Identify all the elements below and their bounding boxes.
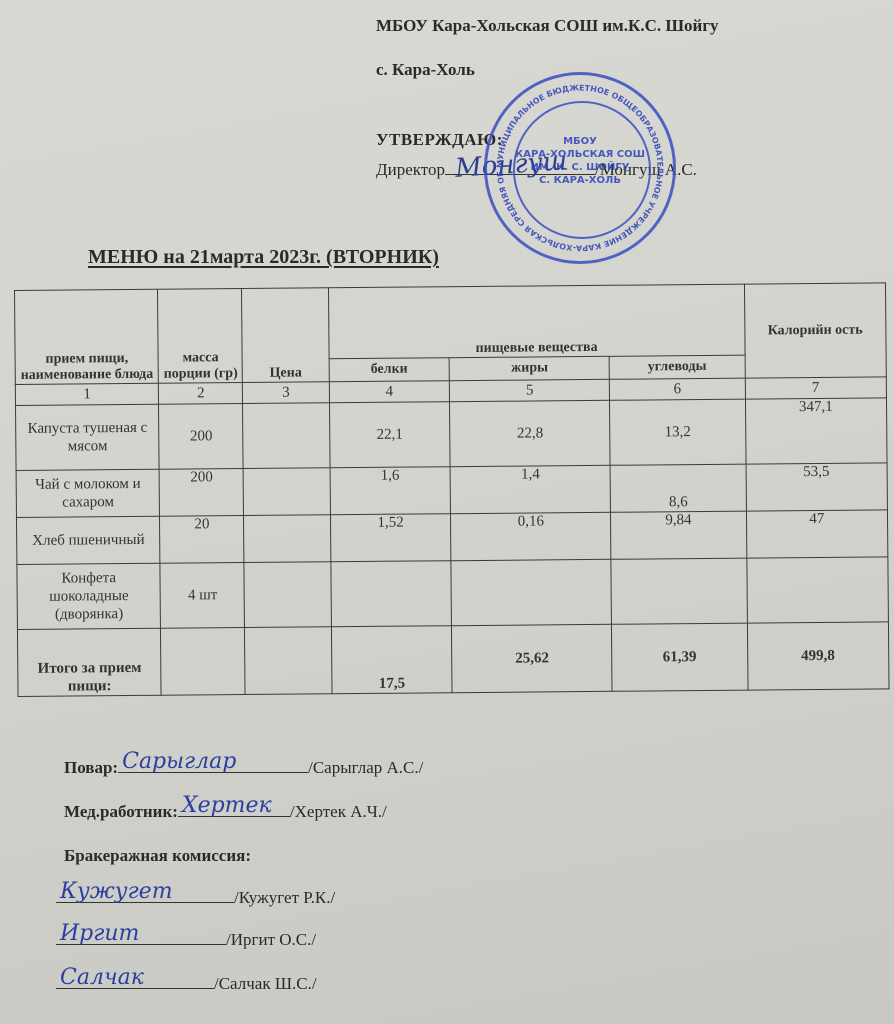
table-row: Капуста тушеная с мясом 200 22,1 22,8 13… (16, 398, 888, 471)
dish-protein: 1,6 (330, 467, 451, 515)
cook-name: /Сарыглар А.С./ (308, 758, 423, 777)
director-label: Директор (376, 160, 445, 179)
approve-heading: УТВЕРЖДАЮ: (376, 130, 503, 150)
cook-signature-row: Повар:Сарыглар/Сарыглар А.С./ (64, 756, 423, 778)
col-number: 4 (329, 381, 450, 403)
member-name: /Салчак Ш.С./ (214, 974, 317, 993)
member-name: /Кужугет Р.К./ (234, 888, 335, 907)
dish-fat (451, 559, 611, 625)
table-row: Чай с молоком и сахаром 200 1,6 1,4 8,6 … (16, 463, 887, 518)
med-signature-row: Мед.работник:Хертек/Хертек А.Ч./ (64, 800, 387, 822)
dish-carbs: 8,6 (610, 464, 746, 512)
commission-member-row: Кужугет/Кужугет Р.К./ (56, 886, 335, 908)
dish-name: Чай с молоком и сахаром (16, 469, 160, 517)
dish-calories: 47 (746, 510, 888, 558)
col-number: 3 (243, 382, 329, 404)
col-number: 1 (15, 383, 159, 405)
stamp-line-3: ИМ. К. С. ШОЙГУ (487, 161, 673, 174)
header-protein: белки (329, 358, 450, 382)
col-number: 6 (610, 378, 745, 400)
total-carbs: 61,39 (612, 623, 748, 691)
cook-label: Повар: (64, 758, 118, 777)
dish-fat: 0,16 (451, 512, 611, 560)
stamp-line-4: С. КАРА-ХОЛЬ (487, 174, 673, 187)
commission-member-row: Салчак/Салчак Ш.С./ (56, 972, 317, 994)
dish-carbs: 13,2 (610, 399, 746, 465)
member-signature: Иргит (60, 921, 139, 946)
dish-name: Хлеб пшеничный (16, 516, 160, 564)
dish-mass: 4 шт (160, 563, 245, 629)
total-calories: 499,8 (747, 622, 889, 690)
dish-price (244, 562, 331, 628)
dish-protein: 1,52 (330, 514, 451, 562)
stamp-line-1: МБОУ (487, 135, 673, 148)
stamp-center-text: МБОУ КАРА-ХОЛЬСКАЯ СОШ ИМ. К. С. ШОЙГУ С… (487, 135, 673, 187)
header-fat: жиры (450, 356, 610, 380)
member-signature-line: Кужугет (56, 886, 234, 903)
dish-calories: 347,1 (745, 398, 887, 464)
header-dish: прием пищи, наименование блюда (15, 289, 159, 384)
dish-fat: 1,4 (450, 465, 610, 513)
table-row: Хлеб пшеничный 20 1,52 0,16 9,84 47 (16, 510, 887, 565)
dish-protein: 22,1 (329, 402, 450, 468)
school-name: МБОУ Кара-Хольская СОШ им.К.С. Шойгу (376, 16, 719, 36)
med-label: Мед.работник: (64, 802, 178, 821)
dish-mass: 20 (160, 516, 244, 564)
commission-member-row: Иргит/Иргит О.С./ (56, 928, 316, 950)
commission-label: Бракеражная комиссия: (64, 846, 251, 866)
dish-name: Конфета шоколадные (дворянка) (17, 563, 161, 629)
total-price (245, 627, 332, 695)
total-fat: 25,62 (452, 624, 612, 692)
col-number: 5 (450, 379, 610, 401)
dish-mass: 200 (160, 469, 244, 517)
dish-calories: 53,5 (746, 463, 888, 511)
header-mass: масса порции (гр) (158, 289, 243, 384)
dish-name: Капуста тушеная с мясом (16, 404, 160, 470)
table-row: Конфета шоколадные (дворянка) 4 шт (17, 557, 889, 630)
member-name: /Иргит О.С./ (226, 930, 316, 949)
stamp-line-2: КАРА-ХОЛЬСКАЯ СОШ (487, 148, 673, 161)
dish-mass: 200 (159, 404, 244, 470)
header-nutrients: пищевые вещества (328, 284, 745, 359)
dish-price (243, 403, 330, 469)
member-signature: Кужугет (60, 879, 173, 904)
header-carbs: углеводы (609, 355, 744, 379)
cook-signature-line: Сарыглар (118, 756, 308, 773)
menu-table: прием пищи, наименование блюда масса пор… (14, 282, 890, 697)
menu-title: МЕНЮ на 21марта 2023г. (ВТОРНИК) (88, 246, 439, 269)
dish-price (244, 515, 330, 563)
dish-fat: 22,8 (450, 400, 610, 466)
dish-calories (746, 557, 888, 623)
total-row: Итого за прием пищи: 17,5 25,62 61,39 49… (17, 622, 889, 697)
med-signature-line: Хертек (178, 800, 290, 817)
col-number: 2 (159, 383, 243, 405)
member-signature-line: Салчак (56, 972, 214, 989)
total-protein: 17,5 (331, 626, 452, 694)
total-label: Итого за прием пищи: (17, 628, 161, 696)
dish-protein (330, 561, 451, 627)
cook-signature: Сарыглар (122, 749, 236, 774)
member-signature: Салчак (60, 965, 144, 990)
school-stamp: МУНИЦИПАЛЬНОЕ БЮДЖЕТНОЕ ОБЩЕОБРАЗОВАТЕЛЬ… (484, 72, 676, 264)
dish-carbs (611, 558, 747, 624)
dish-price (244, 468, 330, 516)
header-price: Цена (242, 288, 329, 383)
member-signature-line: Иргит (56, 928, 226, 945)
dish-carbs: 9,84 (611, 511, 747, 559)
total-mass (161, 627, 246, 695)
med-signature: Хертек (182, 793, 272, 818)
col-number: 7 (745, 377, 887, 399)
med-name: /Хертек А.Ч./ (290, 802, 387, 821)
village-name: с. Кара-Холь (376, 60, 475, 80)
header-calories: Калорийн ость (744, 283, 886, 378)
